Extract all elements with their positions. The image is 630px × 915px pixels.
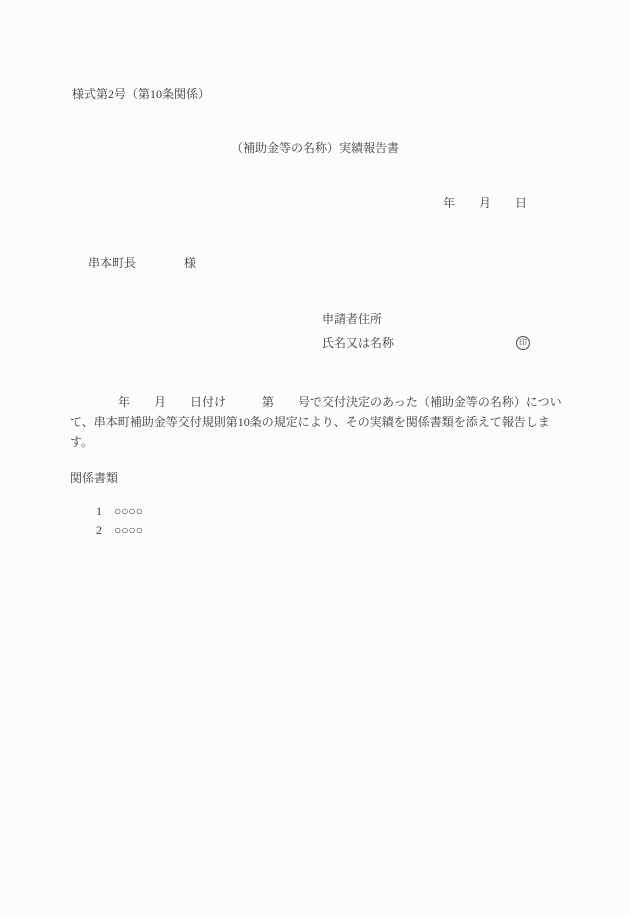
attachment-item-2-label: ○○○○ [114, 523, 143, 537]
body-paragraph-line-2: て、串本町補助金等交付規則第10条の規定により、その実績を関係書類を添えて報告し… [70, 412, 550, 432]
seal-icon: 印 [516, 336, 530, 350]
form-number: 様式第2号（第10条関係） [72, 87, 210, 101]
applicant-name-label: 氏名又は名称 [322, 336, 394, 350]
attachment-item-2-number: 2 [96, 523, 114, 537]
document-page: 様式第2号（第10条関係） （補助金等の名称）実績報告書 年 月 日 串本町長 … [0, 0, 630, 915]
attachment-item-2: 2○○○○ [84, 509, 143, 551]
body-paragraph-line-3: す。 [70, 432, 93, 452]
body-paragraph-line-1: 年 月 日付け 第 号で交付決定のあった（補助金等の名称）につい [70, 392, 562, 412]
applicant-address-label: 申請者住所 [322, 312, 382, 326]
document-title: （補助金等の名称）実績報告書 [0, 141, 630, 155]
addressee-line: 串本町長 様 [88, 256, 196, 270]
date-line: 年 月 日 [443, 196, 527, 210]
attachments-heading: 関係書類 [70, 471, 118, 485]
